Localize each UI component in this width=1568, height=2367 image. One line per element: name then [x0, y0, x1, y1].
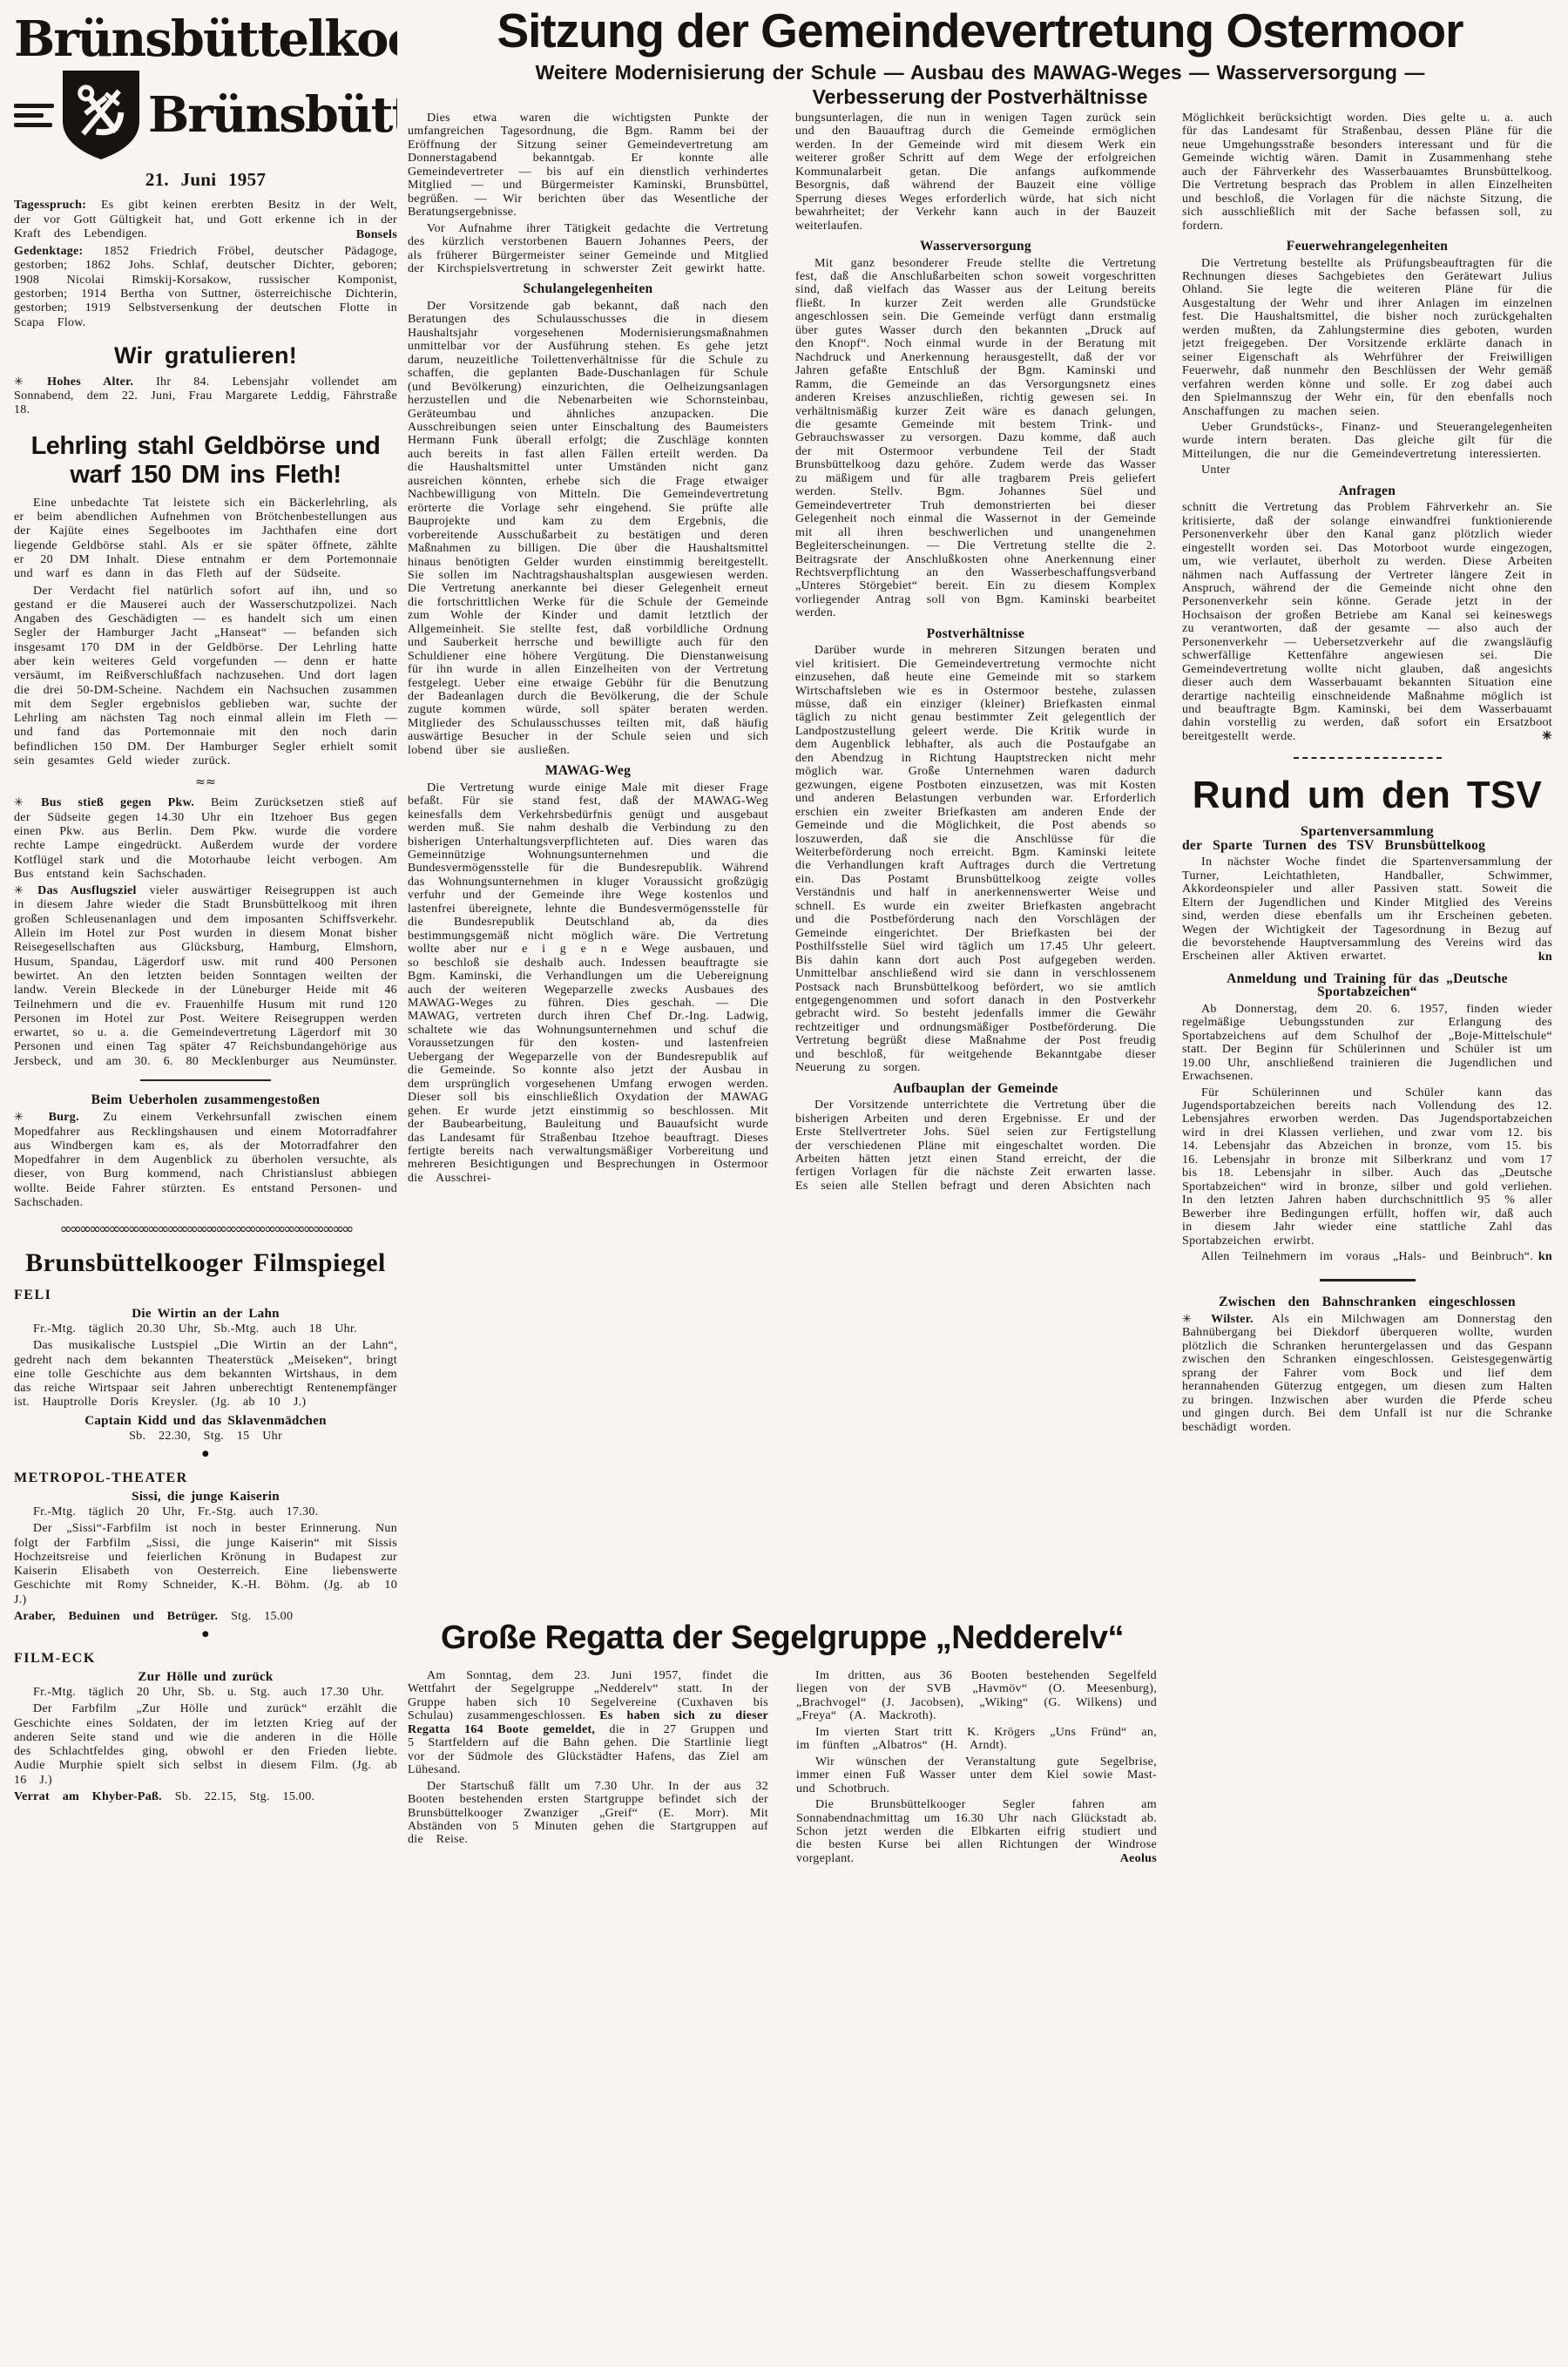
signature: kn	[1182, 1250, 1552, 1263]
dot-separator-icon: ●	[14, 1627, 397, 1641]
regatta-article: Große Regatta der Segelgruppe „Nedderelv…	[408, 1619, 1157, 1868]
cinema-name: FELI	[14, 1288, 397, 1302]
article-subhead: Wasserversorgung	[795, 240, 1156, 253]
article-subhead: Zwischen den Bahnschranken eingeschlosse…	[1182, 1295, 1552, 1309]
star-icon: ✳	[14, 1111, 49, 1124]
paragraph: ✳ Hohes Alter. Ihr 84. Lebensjahr vollen…	[14, 375, 397, 418]
paragraph: Im vierten Start tritt K. Krögers „Uns F…	[796, 1726, 1157, 1753]
paragraph: ✳ Bus stieß gegen Pkw. Beim Zurücksetzen…	[14, 796, 397, 882]
paragraph: Eine unbedachte Tat leistete sich ein Bä…	[14, 497, 397, 582]
signature: kn	[1182, 950, 1552, 964]
paragraph: Darüber wurde in mehreren Sitzungen bera…	[795, 644, 1156, 1075]
paragraph: Vor Aufnahme ihrer Tätigkeit gedachte di…	[408, 222, 768, 276]
masthead-row: Brünsbüttel	[14, 66, 397, 164]
article-subhead: Anfragen	[1182, 484, 1552, 497]
main-subtitle-line2: Verbesserung der Postverhältnisse	[408, 85, 1552, 108]
masthead-title-line2: Brünsbüttel	[148, 108, 397, 122]
paragraph: ✳ Burg. Zu einem Verkehrsunfall zwischen…	[14, 1111, 397, 1210]
paragraph: Am Sonntag, dem 23. Juni 1957, findet di…	[408, 1669, 768, 1777]
wave-divider-icon: ≈≈	[14, 775, 397, 789]
section-heading: Wir gratulieren!	[14, 342, 397, 369]
section-heading: Brunsbüttelkooger Filmspiegel	[14, 1248, 397, 1278]
paragraph: Gedenktage: 1852 Friedrich Fröbel, deuts…	[14, 245, 397, 330]
film-title: Zur Hölle und zurück	[14, 1670, 397, 1684]
article-subhead: Spartenversammlung	[1182, 825, 1552, 838]
main-headline-block: Sitzung der Gemeindevertretung Ostermoor…	[408, 5, 1552, 108]
article-subhead: der Sparte Turnen des TSV Brunsbüttelkoo…	[1182, 839, 1552, 852]
crest-anchor-icon	[59, 69, 143, 161]
article-subhead: MAWAG-Weg	[408, 764, 768, 777]
paragraph: Unter	[1182, 463, 1552, 477]
film-title: Die Wirtin an der Lahn	[14, 1307, 397, 1321]
left-column: Brünsbüttelkoog Brünsbütt	[14, 12, 397, 2364]
paragraph: Der „Sissi“-Farbfilm ist noch in bester …	[14, 1522, 397, 1607]
paragraph: Möglichkeit berücksichtigt worden. Dies …	[1182, 112, 1552, 233]
paragraph: Verrat am Khyber-Paß. Sb. 22.15, Stg. 15…	[14, 1790, 397, 1804]
chain-ornament-icon: ∞∞∞∞∞∞∞∞∞∞∞∞∞∞∞∞∞∞∞∞∞∞∞∞∞∞∞∞∞∞	[14, 1222, 397, 1236]
paragraph: Tagesspruch: Es gibt keinen ererbten Bes…	[14, 199, 397, 242]
divider	[140, 1079, 271, 1081]
paragraph: Sb. 22.30, Stg. 15 Uhr	[14, 1430, 397, 1444]
paragraph: Fr.-Mtg. täglich 20.30 Uhr, Sb.-Mtg. auc…	[14, 1322, 397, 1336]
article-subhead: Postverhältnisse	[795, 627, 1156, 640]
regatta-columns: Am Sonntag, dem 23. Juni 1957, findet di…	[408, 1669, 1157, 1868]
newspaper-page: Sitzung der Gemeindevertretung Ostermoor…	[0, 0, 1568, 2367]
paragraph: Im dritten, aus 36 Booten bestehenden Se…	[796, 1669, 1157, 1723]
main-headline: Sitzung der Gemeindevertretung Ostermoor	[408, 5, 1552, 56]
section-heading: Rund um den TSV	[1182, 774, 1552, 816]
masthead: Brünsbüttelkoog Brünsbütt	[14, 12, 397, 186]
paragraph: Ab Donnerstag, dem 20. 6. 1957, finden w…	[1182, 1003, 1552, 1084]
divider	[1294, 757, 1442, 759]
paragraph: Das musikalische Lustspiel „Die Wirtin a…	[14, 1339, 397, 1410]
paragraph: bungsunterlagen, die nun in wenigen Tage…	[795, 112, 1156, 233]
paragraph: Allen Teilnehmern im voraus „Hals- und B…	[1182, 1250, 1552, 1263]
article-subhead: Schulangelegenheiten	[408, 282, 768, 295]
paragraph: Mit ganz besonderer Freude stellte die V…	[795, 257, 1156, 620]
paragraph: Fr.-Mtg. täglich 20 Uhr, Fr.-Stg. auch 1…	[14, 1505, 397, 1519]
paragraph: Die Vertretung bestellte als Prüfungsbea…	[1182, 257, 1552, 418]
paragraph: Die Vertretung wurde einige Male mit die…	[408, 781, 768, 1186]
paragraph: Wir wünschen der Veranstaltung gute Sege…	[796, 1755, 1157, 1796]
film-title: Captain Kidd und das Sklavenmädchen	[14, 1414, 397, 1428]
paragraph: In nächster Woche findet die Spartenvers…	[1182, 856, 1552, 964]
paragraph: Für Schülerinnen und Schüler kann das Ju…	[1182, 1086, 1552, 1248]
article-subhead: Aufbauplan der Gemeinde	[795, 1082, 1156, 1095]
regatta-column-left: Am Sonntag, dem 23. Juni 1957, findet di…	[408, 1669, 768, 1868]
paragraph: Der Farbfilm „Zur Hölle und zurück“ erzä…	[14, 1702, 397, 1788]
main-article-column-1: Dies etwa waren die wichtigsten Punkte d…	[408, 112, 768, 1617]
star-icon: ✳	[14, 796, 41, 809]
speed-lines-icon	[14, 104, 54, 127]
regatta-column-right: Im dritten, aus 36 Booten bestehenden Se…	[796, 1669, 1157, 1868]
paragraph: Der Verdacht fiel natürlich sofort auf i…	[14, 585, 397, 769]
paragraph: Fr.-Mtg. täglich 20 Uhr, Sb. u. Stg. auc…	[14, 1686, 397, 1700]
dot-separator-icon: ●	[14, 1447, 397, 1461]
article-subhead: Beim Ueberholen zusammengestoßen	[14, 1093, 397, 1107]
paragraph: Der Vorsitzende unterrichtete die Vertre…	[795, 1099, 1156, 1193]
article-subhead: Anmeldung und Training für das „Deutsche…	[1182, 972, 1552, 999]
paragraph: ✳ Wilster. Als ein Milchwagen am Donners…	[1182, 1313, 1552, 1434]
paragraph: Ueber Grundstücks-, Finanz- und Steueran…	[1182, 421, 1552, 461]
signature: Aeolus	[796, 1852, 1157, 1865]
paragraph: Dies etwa waren die wichtigsten Punkte d…	[408, 112, 768, 220]
main-subtitle-line1: Weitere Modernisierung der Schule — Ausb…	[408, 60, 1552, 85]
issue-date: 21. Juni 1957	[14, 172, 397, 186]
article-headline: Lehrling stahl Geldbörse und warf 150 DM…	[14, 432, 397, 490]
left-column-articles: Tagesspruch: Es gibt keinen ererbten Bes…	[14, 199, 397, 1804]
cinema-name: FILM-ECK	[14, 1652, 397, 1666]
star-icon: ✳	[1182, 1313, 1211, 1326]
paragraph: Der Startschuß fällt um 7.30 Uhr. In der…	[408, 1780, 768, 1847]
paragraph: Die Brunsbüttelkooger Segler fahren am S…	[796, 1798, 1157, 1865]
regatta-headline: Große Regatta der Segelgruppe „Nedderelv…	[408, 1619, 1157, 1657]
paragraph: schnitt die Vertretung das Problem Fährv…	[1182, 501, 1552, 743]
star-icon: ✳	[14, 375, 47, 389]
right-column: Möglichkeit berücksichtigt worden. Dies …	[1182, 112, 1552, 2359]
signature: Bonsels	[14, 228, 397, 242]
masthead-title-line1: Brünsbüttelkoog	[14, 12, 397, 66]
cinema-name: METROPOL-THEATER	[14, 1471, 397, 1485]
film-title: Sissi, die junge Kaiserin	[14, 1490, 397, 1504]
paragraph: Der Vorsitzende gab bekannt, daß nach de…	[408, 300, 768, 757]
signature: ✳	[1182, 730, 1552, 743]
star-icon: ✳	[14, 884, 37, 897]
main-article-column-2: bungsunterlagen, die nun in wenigen Tage…	[795, 112, 1156, 1617]
paragraph: ✳ Das Ausflugsziel vieler auswärtiger Re…	[14, 884, 397, 1069]
paragraph: Araber, Beduinen und Betrüger. Stg. 15.0…	[14, 1610, 397, 1624]
divider	[1320, 1279, 1416, 1282]
article-subhead: Feuerwehrangelegenheiten	[1182, 240, 1552, 253]
